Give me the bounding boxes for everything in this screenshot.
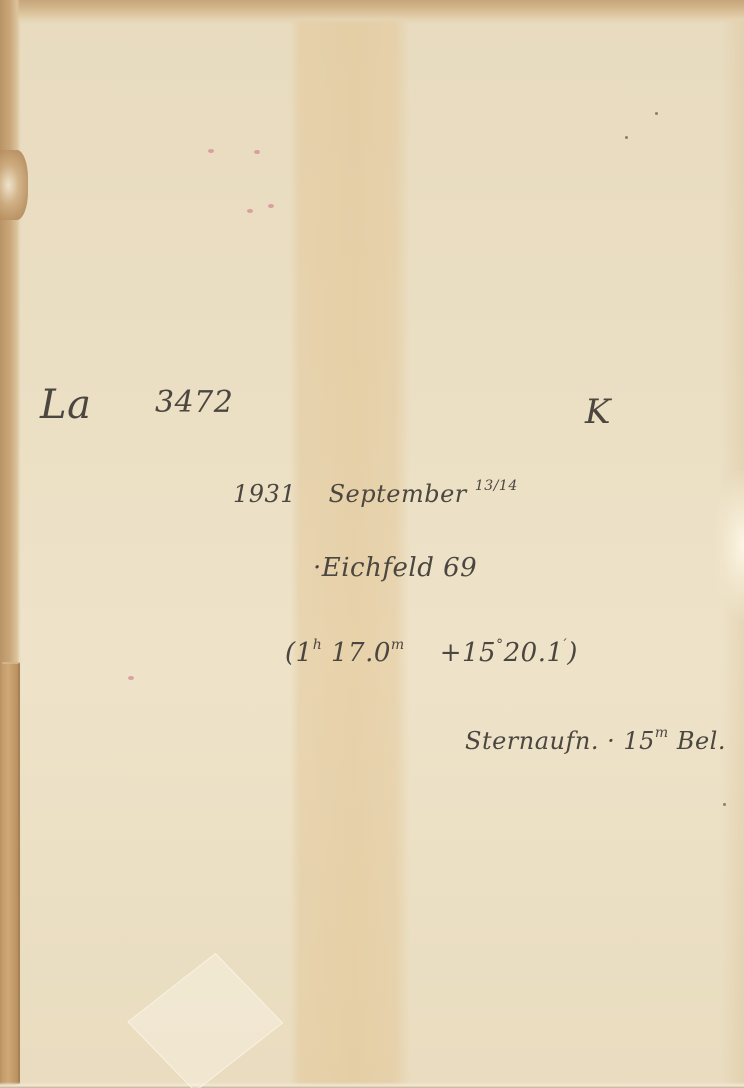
object-reference: ·Eichfeld 69: [313, 553, 477, 583]
dec-degrees: +15: [440, 638, 496, 668]
pink-stain: [247, 209, 253, 213]
object-name: Eichfeld 69: [322, 553, 477, 583]
ra-minutes-unit: m: [391, 637, 405, 653]
plate-envelope: La 3472 K 1931 September 13/14 ·Eichfeld…: [0, 0, 744, 1088]
dec-minutes: 20.1: [504, 638, 564, 668]
paren-close: ): [567, 638, 578, 668]
left-binding-strip: [2, 662, 20, 1084]
bottom-seam: [0, 1082, 744, 1088]
dec-degrees-unit: °: [496, 637, 504, 653]
date-days: 13/14: [475, 478, 518, 494]
object-bullet: ·: [313, 553, 322, 583]
note-separator: ·: [607, 727, 615, 755]
exposure-note: Sternaufn. · 15m Bel.: [465, 725, 726, 755]
catalog-prefix: La: [40, 382, 91, 428]
pink-stain: [268, 204, 274, 208]
pink-stain: [254, 150, 260, 154]
note-suffix: Bel.: [677, 727, 726, 755]
exposure-value: 15: [623, 727, 655, 755]
ra-hours: 1: [296, 638, 313, 668]
right-flap-highlight: [714, 470, 744, 620]
catalog-number: 3472: [155, 385, 233, 420]
tape-patch: [127, 953, 283, 1088]
ra-hours-unit: h: [313, 637, 323, 653]
marker-letter: K: [585, 392, 611, 432]
ink-speck: [655, 112, 658, 115]
observation-date: 1931 September 13/14: [233, 478, 518, 508]
pink-stain: [208, 149, 214, 153]
exposure-unit: m: [655, 725, 669, 741]
top-fold-seam: [0, 0, 744, 24]
ra-minutes: 17.0: [331, 638, 391, 668]
coordinates: (1h 17.0m +15°20.1′): [285, 637, 578, 668]
paren-open: (: [285, 638, 296, 668]
pink-stain: [128, 676, 134, 680]
ink-speck: [625, 136, 628, 139]
crumpled-corner: [0, 150, 28, 220]
date-year: 1931: [233, 480, 296, 508]
ink-speck: [723, 803, 726, 806]
date-month: September: [329, 480, 467, 508]
note-text: Sternaufn.: [465, 727, 599, 755]
